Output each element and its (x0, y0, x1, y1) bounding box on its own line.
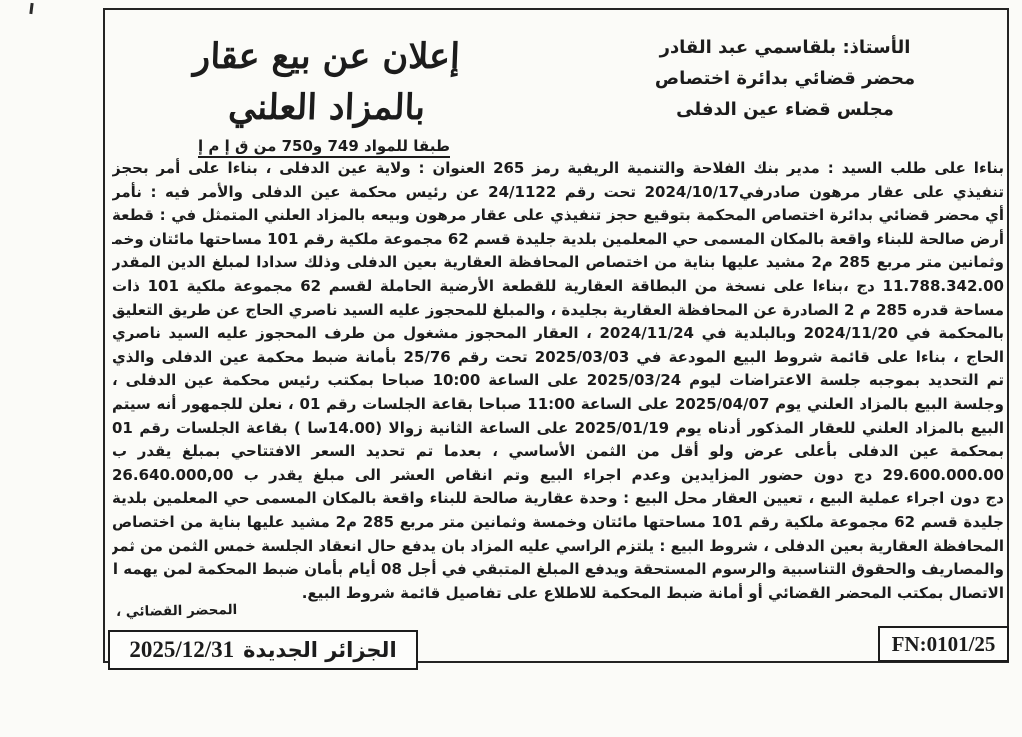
body-line: بمحكمة عين الدفلى بأعلى عرض ولو أقل من ا… (112, 440, 1004, 464)
body-line: وجلسة البيع بالمزاد العلني يوم 2025/04/0… (112, 393, 1004, 417)
scan-mark (29, 3, 33, 14)
body-line: الاتصال بمكتب المحضر القضائي أو أمانة ضب… (112, 582, 1004, 606)
body-line: جليدة قسم 62 مجموعة ملكية رقم 101 مساحته… (112, 511, 1004, 535)
body-line: البيع بالمزاد العلني للعقار المذكور أدنا… (112, 417, 1004, 441)
body-line: وثمانين متر مربع 285 م2 مشيد عليها بناية… (112, 251, 1004, 275)
publication-date: 2025/12/31 (129, 637, 234, 663)
title-line-1: إعلان عن بيع عقار (143, 32, 506, 83)
body-line: أي محضر قضائي بدائرة اختصاص المحكمة بتوق… (112, 204, 1004, 228)
bailiff-signature-label: المحضر القضائي ، (116, 602, 237, 620)
reference-number: FN:0101/25 (892, 632, 996, 657)
body-line: أرض صالحة للبناء واقعة بالمكان المسمى حي… (112, 228, 1004, 252)
reference-number-box: FN:0101/25 (878, 626, 1009, 662)
body-line: دج دون اجراء عملية البيع ، تعيين العقار … (112, 487, 1004, 511)
body-line: بناءا على طلب السيد : مدير بنك الفلاحة و… (112, 157, 1004, 181)
bailiff-name: الأستاذ: بلقاسمي عبد القادر (565, 32, 1005, 63)
body-line: مساحة قدره 285 م 2 الصادرة عن المحافظة ا… (112, 299, 1004, 323)
scanned-auction-announcement-page: الأستاذ: بلقاسمي عبد القادر محضر قضائي ب… (0, 0, 1022, 737)
newspaper-date-box: الجزائر الجديدة 2025/12/31 (108, 630, 418, 670)
body-line: 11.788.342.00 دج ،بناءا على نسخة من البط… (112, 275, 1004, 299)
announcement-title-block: إعلان عن بيع عقار بالمزاد العلني طبقا لل… (148, 32, 500, 158)
legal-articles-subtitle: طبقا للمواد 749 و750 من ق إ م إ (198, 137, 450, 158)
body-line: تم التحديد بموجبه جلسة الاعتراضات ليوم 2… (112, 369, 1004, 393)
body-line: المحافظة العقارية بعين الدفلى ، شروط الب… (112, 535, 1004, 559)
title-line-2: بالمزاد العلني (143, 83, 506, 134)
body-line: بالمحكمة في 2024/11/20 وبالبلدية في 2024… (112, 322, 1004, 346)
announcement-body: بناءا على طلب السيد : مدير بنك الفلاحة و… (112, 157, 1004, 605)
body-line: والمصاريف والحقوق التناسبية والرسوم المس… (112, 558, 1004, 582)
bailiff-header: الأستاذ: بلقاسمي عبد القادر محضر قضائي ب… (565, 32, 1005, 125)
body-line: 29.600.000.00 دج دون حضور المزايدين وعدم… (112, 464, 1004, 488)
body-line: تنفيذي على عقار مرهون صادرفي2024/10/17 ت… (112, 181, 1004, 205)
court-council: مجلس قضاء عين الدفلى (565, 94, 1005, 125)
newspaper-name: الجزائر الجديدة (243, 638, 397, 662)
body-line: الحاج ، بناءا على قائمة شروط البيع المود… (112, 346, 1004, 370)
bailiff-role: محضر قضائي بدائرة اختصاص (565, 63, 1005, 94)
